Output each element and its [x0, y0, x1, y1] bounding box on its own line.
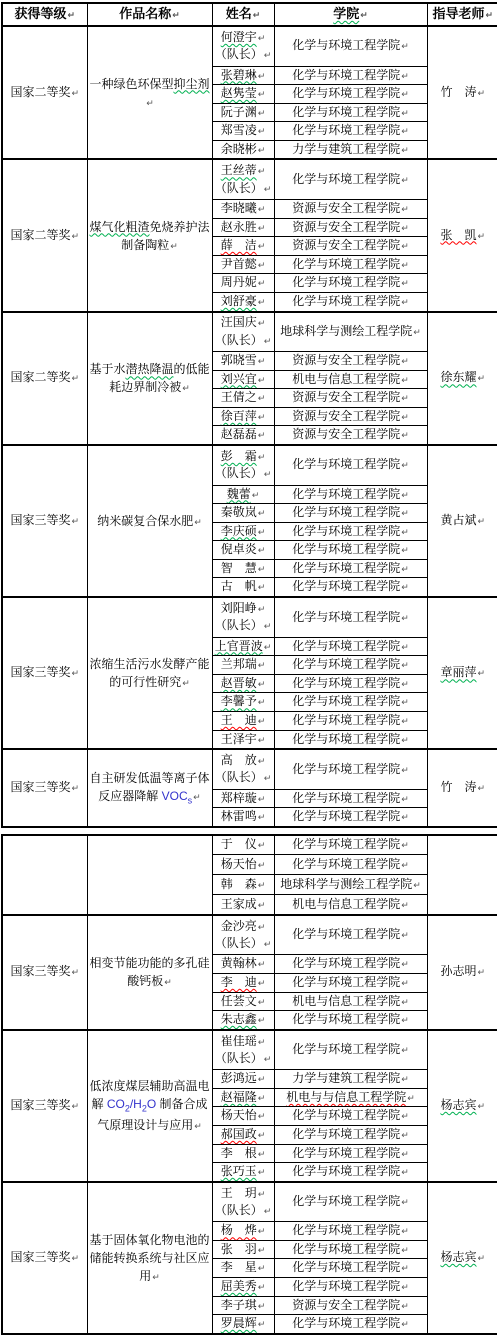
paragraph-mark: ↵ — [258, 860, 266, 870]
captain-label: （队长） — [215, 333, 263, 347]
member-name-cell: 崔佳瑶↵（队长）↵ — [212, 1030, 274, 1070]
college-name: 化学与环境工程学院 — [292, 172, 400, 186]
college-cell: 化学与环境工程学院↵ — [274, 835, 427, 855]
college-cell: 机电与信息工程学院↵ — [274, 992, 427, 1011]
member-name-cell: 彭鸿远↵ — [212, 1070, 274, 1089]
member-name: 林雷鸣 — [221, 809, 257, 823]
member-name: 李 星 — [221, 1260, 257, 1274]
captain-label-line: （队长）↵ — [214, 1202, 273, 1219]
table-header-cell: 姓名↵ — [212, 3, 274, 26]
member-name: 郑梓璇 — [221, 791, 257, 805]
work-title-segment: 基于水 — [89, 362, 125, 376]
paragraph-mark: ↵ — [401, 642, 409, 652]
paragraph-mark: ↵ — [258, 278, 266, 288]
paragraph-mark: ↵ — [258, 1282, 266, 1292]
paragraph-mark: ↵ — [401, 545, 409, 555]
work-title-segment: 潜热降温 — [125, 362, 173, 376]
member-name: 黄翰林 — [221, 956, 257, 970]
paragraph-mark: ↵ — [258, 71, 266, 81]
college-cell: 力学与建筑工程学院↵ — [274, 1070, 427, 1089]
award-label: 国家二等奖 — [10, 85, 70, 99]
member-name-cell: 赵磊磊↵ — [212, 426, 274, 445]
work-title-cell — [87, 835, 212, 915]
captain-label: （队长） — [215, 466, 263, 480]
college-name: 化学与环境工程学院 — [292, 1042, 400, 1056]
college-name: 化学与环境工程学院 — [292, 275, 400, 289]
paragraph-mark: ↵ — [401, 1301, 409, 1311]
award-cell: 国家三等奖↵ — [2, 445, 87, 597]
member-name-cell: 赵隽莹↵ — [212, 85, 274, 104]
member-name: 王 迪 — [221, 713, 257, 727]
college-cell: 化学与环境工程学院↵ — [274, 656, 427, 675]
member-name-cell: 李子琪↵ — [212, 1296, 274, 1315]
college-cell: 化学与环境工程学院↵ — [274, 159, 427, 199]
advisor-name: 黄占斌 — [440, 513, 476, 527]
captain-label-line: （队长）↵ — [214, 769, 273, 786]
college-cell: 化学与环境工程学院↵ — [274, 66, 427, 85]
table-row: 国家三等奖↵相变节能功能的多孔硅酸钙板↵金沙亮↵（队长）↵化学与环境工程学院↵孙… — [2, 915, 497, 955]
college-name: 机电与信息工程学院 — [292, 897, 400, 911]
advisor-name: 章丽萍 — [440, 665, 476, 679]
college-cell: 化学与环境工程学院↵ — [274, 693, 427, 712]
paragraph-mark: ↵ — [71, 231, 79, 241]
award-cell: 国家三等奖↵ — [2, 597, 87, 749]
member-name-cell: 郝国政↵ — [212, 1125, 274, 1144]
college-cell: 化学与环境工程学院↵ — [274, 1315, 427, 1334]
column-label: 获得等级 — [14, 6, 66, 21]
member-name: 郑雪凌 — [221, 123, 257, 137]
award-label: 国家三等奖 — [10, 780, 70, 794]
paragraph-mark: ↵ — [258, 1167, 266, 1177]
college-name: 化学与环境工程学院 — [292, 1242, 400, 1256]
member-name: 王家成 — [221, 897, 257, 911]
award-label: 国家三等奖 — [10, 513, 70, 527]
member-name-cell: 金沙亮↵（队长）↵ — [212, 915, 274, 955]
college-cell: 化学与环境工程学院↵ — [274, 504, 427, 523]
paragraph-mark: ↵ — [252, 490, 260, 500]
member-name-cell: 王家成↵ — [212, 895, 274, 915]
college-name: 资源与安全工程学院 — [292, 201, 400, 215]
work-title-cell: 基于固体氧化物电池的储能转换系统与社区应用↵ — [87, 1182, 212, 1334]
college-cell: 化学与环境工程学院↵ — [274, 485, 427, 504]
college-name: 化学与环境工程学院 — [292, 657, 400, 671]
college-name: 化学与环境工程学院 — [292, 1279, 400, 1293]
paragraph-mark: ↵ — [258, 1015, 266, 1025]
college-cell: 资源与安全工程学院↵ — [274, 199, 427, 218]
member-name-cell: 薛 洁↵ — [212, 237, 274, 256]
advisor-cell: 徐东耀↵ — [427, 312, 497, 445]
paragraph-mark: ↵ — [401, 527, 409, 537]
member-name-line: 高 放↵ — [214, 752, 273, 769]
paragraph-mark: ↵ — [401, 959, 409, 969]
captain-label: （队长） — [215, 1051, 263, 1065]
member-name-cell: 郑雪凌↵ — [212, 122, 274, 141]
member-name: 韩 森 — [221, 877, 257, 891]
member-name-line: 王丝蒂↵ — [214, 162, 273, 179]
member-name: 刘阳峥 — [221, 601, 257, 615]
paragraph-mark: ↵ — [401, 375, 409, 385]
member-name: 李 迪 — [221, 975, 257, 989]
member-name-line: 刘阳峥↵ — [214, 600, 273, 617]
paragraph-mark: ↵ — [253, 10, 261, 20]
paragraph-mark: ↵ — [477, 783, 485, 793]
member-name-cell: 杨 烨↵ — [212, 1222, 274, 1241]
column-label: 作品名称 — [119, 6, 171, 21]
member-name: 李子琪 — [221, 1298, 257, 1312]
work-title-segment: 一种绿色环保型 — [89, 77, 173, 91]
member-name: 高 放 — [221, 753, 257, 767]
work-title-segment: CO — [107, 1097, 125, 1111]
college-name: 化学与环境工程学院 — [292, 1108, 400, 1122]
member-name: 罗晨辉 — [221, 1316, 257, 1330]
member-name: 刘兴宜 — [221, 372, 257, 386]
college-cell: 化学与环境工程学院↵ — [274, 637, 427, 656]
paragraph-mark: ↵ — [258, 735, 266, 745]
member-name-cell: 杨天怡↵ — [212, 855, 274, 875]
paragraph-mark: ↵ — [477, 1101, 485, 1111]
paragraph-mark: ↵ — [407, 1093, 415, 1103]
college-name: 化学与环境工程学院 — [292, 639, 400, 653]
college-name: 化学与环境工程学院 — [292, 505, 400, 519]
member-name: 杨 烨 — [221, 1223, 257, 1237]
table-row: 国家三等奖↵纳米碳复合保水肥↵彭 霜↵（队长）↵化学与环境工程学院↵黄占斌↵ — [2, 445, 497, 485]
college-name: 地球科学与测绘工程学院 — [280, 877, 412, 891]
award-label: 国家三等奖 — [10, 964, 70, 978]
paragraph-mark: ↵ — [71, 88, 79, 98]
work-title-segment: /H — [130, 1097, 142, 1111]
member-name-cell: 王丝蒂↵（队长）↵ — [212, 159, 274, 199]
college-name: 化学与环境工程学院 — [292, 975, 400, 989]
member-name-cell: 兰邦瑞↵ — [212, 656, 274, 675]
college-cell: 化学与环境工程学院↵ — [274, 1259, 427, 1278]
captain-label: （队长） — [215, 770, 263, 784]
member-name: 赵隽莹 — [221, 86, 257, 100]
member-name: 朱志鑫 — [221, 1012, 257, 1026]
advisor-cell: 章丽萍↵ — [427, 597, 497, 749]
college-cell: 化学与环境工程学院↵ — [274, 730, 427, 749]
paragraph-mark: ↵ — [258, 412, 266, 422]
college-cell: 化学与环境工程学院↵ — [274, 711, 427, 730]
work-title-segment: 煤气化粗渣 — [89, 220, 149, 234]
member-name: 彭 霜 — [221, 449, 257, 463]
member-name: 赵福隆 — [221, 1090, 257, 1104]
member-name: 李 根 — [221, 1146, 257, 1160]
paragraph-mark: ↵ — [477, 373, 485, 383]
member-name-line: 汪国庆↵ — [214, 314, 273, 331]
college-cell: 化学与环境工程学院↵ — [274, 915, 427, 955]
paragraph-mark: ↵ — [71, 783, 79, 793]
paragraph-mark: ↵ — [258, 756, 266, 766]
paragraph-mark: ↵ — [401, 1167, 409, 1177]
college-cell: 资源与安全工程学院↵ — [274, 1296, 427, 1315]
member-name: 智 慧 — [221, 561, 257, 575]
table-row: 于 仪↵化学与环境工程学院↵ — [2, 835, 497, 855]
work-title-segment: 基于固体氧化物电池的储能转换系统与社区应用 — [89, 1233, 209, 1283]
award-label: 国家二等奖 — [10, 370, 70, 384]
paragraph-mark: ↵ — [264, 336, 272, 346]
paragraph-mark: ↵ — [258, 375, 266, 385]
paragraph-mark: ↵ — [258, 582, 266, 592]
paragraph-mark: ↵ — [401, 508, 409, 518]
member-name-cell: 黄翰林↵ — [212, 955, 274, 974]
college-name: 化学与环境工程学院 — [292, 294, 400, 308]
member-name-cell: 张 羽↵ — [212, 1240, 274, 1259]
paragraph-mark: ↵ — [182, 678, 190, 688]
paragraph-mark: ↵ — [194, 517, 202, 527]
college-name: 化学与环境工程学院 — [292, 791, 400, 805]
captain-label: （队长） — [215, 1203, 263, 1217]
column-label: 学院 — [333, 6, 359, 21]
college-name: 资源与安全工程学院 — [292, 353, 400, 367]
paragraph-mark: ↵ — [258, 89, 266, 99]
captain-label-line: （队长）↵ — [214, 180, 273, 197]
college-name: 化学与环境工程学院 — [292, 68, 400, 82]
college-name: 资源与安全工程学院 — [292, 409, 400, 423]
paragraph-mark: ↵ — [401, 71, 409, 81]
college-name: 化学与环境工程学院 — [292, 1012, 400, 1026]
captain-label: （队长） — [215, 181, 263, 195]
table-row: 国家三等奖↵低浓度煤层辅助高温电解 CO2/H2O 制备合成气原理设计与应用↵崔… — [2, 1030, 497, 1070]
table-row: 国家二等奖↵煤气化粗渣免烧养护法制备陶粒↵王丝蒂↵（队长）↵化学与环境工程学院↵… — [2, 159, 497, 199]
paragraph-mark: ↵ — [401, 1111, 409, 1121]
work-title-segment: 纳米碳复合保水肥 — [97, 514, 193, 528]
member-name-cell: 何澄宇↵（队长）↵ — [212, 26, 274, 66]
member-name-cell: 阮子渊↵ — [212, 103, 274, 122]
member-name-cell: 李馨予↵ — [212, 693, 274, 712]
paragraph-mark: ↵ — [401, 490, 409, 500]
member-name: 阮子渊 — [221, 105, 257, 119]
advisor-cell: 竹 涛↵ — [427, 749, 497, 827]
college-cell: 化学与环境工程学院↵ — [274, 808, 427, 827]
paragraph-mark: ↵ — [258, 679, 266, 689]
paragraph-mark: ↵ — [477, 1253, 485, 1263]
paragraph-mark: ↵ — [258, 1074, 266, 1084]
college-cell: 机电与与信息工程学院↵ — [274, 1088, 427, 1107]
column-label: 姓名 — [226, 6, 252, 21]
college-cell: 资源与安全工程学院↵ — [274, 426, 427, 445]
paragraph-mark: ↵ — [477, 516, 485, 526]
college-name: 化学与环境工程学院 — [292, 837, 400, 851]
paragraph-mark: ↵ — [194, 1121, 202, 1131]
member-name: 兰邦瑞 — [221, 657, 257, 671]
paragraph-mark: ↵ — [401, 812, 409, 822]
paragraph-mark: ↵ — [264, 939, 272, 949]
member-name: 上官晋波 — [215, 639, 263, 653]
member-name-cell: 王倩之↵ — [212, 389, 274, 408]
paragraph-mark: ↵ — [258, 1111, 266, 1121]
table-row: 国家三等奖↵自主研发低温等离子体反应器降解 VOCs↵高 放↵（队长）↵化学与环… — [2, 749, 497, 789]
college-cell: 化学与环境工程学院↵ — [274, 1144, 427, 1163]
member-name-cell: 罗晨辉↵ — [212, 1315, 274, 1334]
paragraph-mark: ↵ — [401, 1226, 409, 1236]
paragraph-mark: ↵ — [258, 978, 266, 988]
award-cell: 国家三等奖↵ — [2, 749, 87, 827]
paragraph-mark: ↵ — [401, 297, 409, 307]
paragraph-mark: ↵ — [401, 1197, 409, 1207]
work-title-cell: 相变节能功能的多孔硅酸钙板↵ — [87, 915, 212, 1030]
college-cell: 资源与安全工程学院↵ — [274, 389, 427, 408]
college-cell: 力学与建筑工程学院↵ — [274, 140, 427, 159]
paragraph-mark: ↵ — [264, 50, 272, 60]
college-cell: 化学与环境工程学院↵ — [274, 1107, 427, 1126]
member-name-cell: 韩 森↵ — [212, 875, 274, 895]
advisor-cell: 孙志明↵ — [427, 915, 497, 1030]
paragraph-mark: ↵ — [258, 660, 266, 670]
award-table-lower-segment: 于 仪↵化学与环境工程学院↵杨天怡↵化学与环境工程学院↵韩 森↵地球科学与测绘工… — [1, 834, 496, 1335]
college-cell: 化学与环境工程学院↵ — [274, 255, 427, 274]
work-title-cell: 一种绿色环保型抑尘剂↵ — [87, 26, 212, 159]
captain-label-line: （队长）↵ — [214, 617, 273, 634]
work-title-cell: 低浓度煤层辅助高温电解 CO2/H2O 制备合成气原理设计与应用↵ — [87, 1030, 212, 1182]
member-name: 崔佳瑶 — [221, 1034, 257, 1048]
paragraph-mark: ↵ — [401, 278, 409, 288]
member-name-cell: 杨天怡↵ — [212, 1107, 274, 1126]
paragraph-mark: ↵ — [401, 1245, 409, 1255]
paragraph-mark: ↵ — [258, 126, 266, 136]
member-name-cell: 彭 霜↵（队长）↵ — [212, 445, 274, 485]
member-name: 郝国政 — [221, 1127, 257, 1141]
paragraph-mark: ↵ — [258, 697, 266, 707]
advisor-name: 竹 涛 — [440, 85, 476, 99]
member-name: 王泽宇 — [221, 732, 257, 746]
member-name: 彭鸿远 — [221, 1071, 257, 1085]
captain-label-line: （队长）↵ — [214, 935, 273, 952]
member-name-cell: 郭晓雪↵ — [212, 352, 274, 371]
member-name: 王倩之 — [221, 390, 257, 404]
member-name: 刘舒豪 — [221, 294, 257, 308]
member-name-cell: 李晓曦↵ — [212, 199, 274, 218]
paragraph-mark: ↵ — [258, 452, 266, 462]
paragraph-mark: ↵ — [477, 668, 485, 678]
paragraph-mark: ↵ — [413, 880, 421, 890]
college-cell: 化学与环境工程学院↵ — [274, 103, 427, 122]
paragraph-mark: ↵ — [258, 393, 266, 403]
paragraph-mark: ↵ — [71, 1253, 79, 1263]
paragraph-mark: ↵ — [401, 108, 409, 118]
paragraph-mark: ↵ — [258, 527, 266, 537]
paragraph-mark: ↵ — [146, 98, 154, 108]
advisor-name: 杨志宾 — [440, 1098, 476, 1112]
paragraph-mark: ↵ — [258, 812, 266, 822]
paragraph-mark: ↵ — [152, 1272, 160, 1282]
award-label: 国家三等奖 — [10, 665, 70, 679]
advisor-cell — [427, 835, 497, 915]
paragraph-mark: ↵ — [71, 668, 79, 678]
college-name: 机电与信息工程学院 — [292, 372, 400, 386]
member-name: 李馨予 — [221, 694, 257, 708]
paragraph-mark: ↵ — [485, 10, 493, 20]
work-title-cell: 煤气化粗渣免烧养护法制备陶粒↵ — [87, 159, 212, 311]
member-name: 任荟文 — [221, 994, 257, 1008]
member-name: 倪卓炎 — [221, 542, 257, 556]
member-name-cell: 倪卓炎↵ — [212, 541, 274, 560]
college-name: 化学与环境工程学院 — [292, 524, 400, 538]
advisor-name: 杨志宾 — [440, 1250, 476, 1264]
member-name-cell: 赵晋敏↵ — [212, 674, 274, 693]
college-cell: 机电与信息工程学院↵ — [274, 370, 427, 389]
paragraph-mark: ↵ — [258, 260, 266, 270]
paragraph-mark: ↵ — [401, 613, 409, 623]
paragraph-mark: ↵ — [401, 582, 409, 592]
paragraph-mark: ↵ — [258, 545, 266, 555]
member-name-cell: 上官晋波↵ — [212, 637, 274, 656]
member-name-cell: 古 帆↵ — [212, 578, 274, 597]
member-name: 汪国庆 — [221, 315, 257, 329]
table-header-cell: 指导老师↵ — [427, 3, 497, 26]
paragraph-mark: ↵ — [71, 516, 79, 526]
college-name: 化学与环境工程学院 — [292, 809, 400, 823]
paragraph-mark: ↵ — [264, 773, 272, 783]
paragraph-mark: ↵ — [401, 860, 409, 870]
work-title-cell: 浓缩生活污水发酵产能的可行性研究↵ — [87, 597, 212, 749]
member-name-cell: 李 迪↵ — [212, 973, 274, 992]
paragraph-mark: ↵ — [401, 356, 409, 366]
college-name: 化学与环境工程学院 — [292, 457, 400, 471]
advisor-cell: 竹 涛↵ — [427, 26, 497, 159]
member-name: 李庆硕 — [221, 524, 257, 538]
college-cell: 化学与环境工程学院↵ — [274, 522, 427, 541]
paragraph-mark: ↵ — [258, 1245, 266, 1255]
college-name: 化学与环境工程学院 — [292, 105, 400, 119]
paragraph-mark: ↵ — [258, 794, 266, 804]
paragraph-mark: ↵ — [164, 977, 172, 987]
paragraph-mark: ↵ — [413, 327, 421, 337]
paragraph-mark: ↵ — [401, 260, 409, 270]
paragraph-mark: ↵ — [264, 621, 272, 631]
college-name: 机电与与信息工程学院 — [286, 1090, 406, 1104]
college-name: 化学与环境工程学院 — [292, 713, 400, 727]
college-cell: 化学与环境工程学院↵ — [274, 1011, 427, 1030]
member-name: 赵晋敏 — [221, 676, 257, 690]
member-name: 余晓彬 — [221, 142, 257, 156]
paragraph-mark: ↵ — [172, 10, 180, 20]
college-cell: 化学与环境工程学院↵ — [274, 1182, 427, 1222]
paragraph-mark: ↵ — [258, 166, 266, 176]
paragraph-mark: ↵ — [71, 1101, 79, 1111]
college-name: 化学与环境工程学院 — [292, 123, 400, 137]
paragraph-mark: ↵ — [264, 642, 272, 652]
work-title-segment: VOC — [162, 789, 188, 803]
paragraph-mark: ↵ — [401, 204, 409, 214]
member-name: 尹首懿 — [221, 257, 257, 271]
paragraph-mark: ↵ — [401, 978, 409, 988]
member-name-cell: 尹首懿↵ — [212, 255, 274, 274]
paragraph-mark: ↵ — [258, 1093, 266, 1103]
paragraph-mark: ↵ — [401, 1074, 409, 1084]
member-name: 秦敬岚 — [221, 505, 257, 519]
paragraph-mark: ↵ — [401, 716, 409, 726]
college-cell: 地球科学与测绘工程学院↵ — [274, 312, 427, 352]
paragraph-mark: ↵ — [258, 223, 266, 233]
college-cell: 化学与环境工程学院↵ — [274, 85, 427, 104]
member-name: 王 玥 — [221, 1186, 257, 1200]
paragraph-mark: ↵ — [258, 1189, 266, 1199]
member-name-cell: 魏蕾↵ — [212, 485, 274, 504]
paragraph-mark: ↵ — [264, 1206, 272, 1216]
member-name: 金沙亮 — [221, 919, 257, 933]
college-cell: 化学与环境工程学院↵ — [274, 749, 427, 789]
college-name: 化学与环境工程学院 — [292, 1164, 400, 1178]
college-name: 化学与环境工程学院 — [292, 956, 400, 970]
paragraph-mark: ↵ — [401, 412, 409, 422]
paragraph-mark: ↵ — [401, 223, 409, 233]
advisor-cell: 张 凯↵ — [427, 159, 497, 311]
award-cell: 国家三等奖↵ — [2, 915, 87, 1030]
captain-label-line: （队长）↵ — [214, 46, 273, 63]
work-title-cell: 自主研发低温等离子体反应器降解 VOCs↵ — [87, 749, 212, 827]
award-cell: 国家二等奖↵ — [2, 159, 87, 311]
paragraph-mark: ↵ — [258, 604, 266, 614]
